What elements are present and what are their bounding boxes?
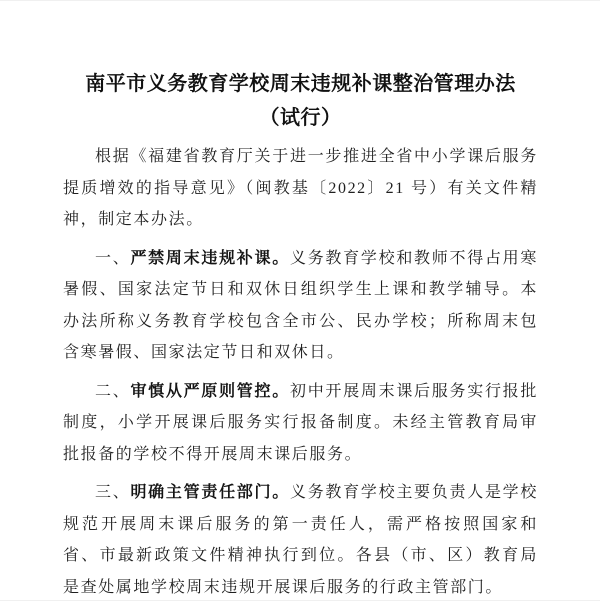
paragraph-item-2: 二、审慎从严原则管控。初中开展周末课后服务实行报批制度，小学开展课后服务实行报备… bbox=[63, 376, 538, 471]
document-page: 南平市义务教育学校周末违规补课整治管理办法 （试行） 根据《福建省教育厅关于进一… bbox=[0, 0, 600, 601]
paragraph-item-3-heading: 明确主管责任部门。 bbox=[130, 484, 290, 501]
paragraph-item-2-heading: 审慎从严原则管控。 bbox=[130, 383, 290, 400]
paragraph-item-1-heading: 严禁周末违规补课。 bbox=[130, 250, 290, 267]
paragraph-item-1-number: 一、 bbox=[95, 250, 130, 267]
paragraph-item-1: 一、严禁周末违规补课。义务教育学校和教师不得占用寒暑假、国家法定节日和双休日组织… bbox=[63, 243, 538, 369]
document-title-line1: 南平市义务教育学校周末违规补课整治管理办法 bbox=[63, 67, 538, 101]
document-title: 南平市义务教育学校周末违规补课整治管理办法 （试行） bbox=[63, 67, 538, 135]
paragraph-item-3-number: 三、 bbox=[95, 484, 130, 501]
paragraph-item-2-number: 二、 bbox=[95, 383, 130, 400]
paragraph-intro: 根据《福建省教育厅关于进一步推进全省中小学课后服务提质增效的指导意见》（闽教基〔… bbox=[63, 141, 538, 236]
paragraph-item-3: 三、明确主管责任部门。义务教育学校主要负责人是学校规范开展周末课后服务的第一责任… bbox=[63, 477, 538, 601]
paragraph-intro-text: 根据《福建省教育厅关于进一步推进全省中小学课后服务提质增效的指导意见》（闽教基〔… bbox=[63, 148, 538, 228]
document-title-line2: （试行） bbox=[63, 101, 538, 135]
